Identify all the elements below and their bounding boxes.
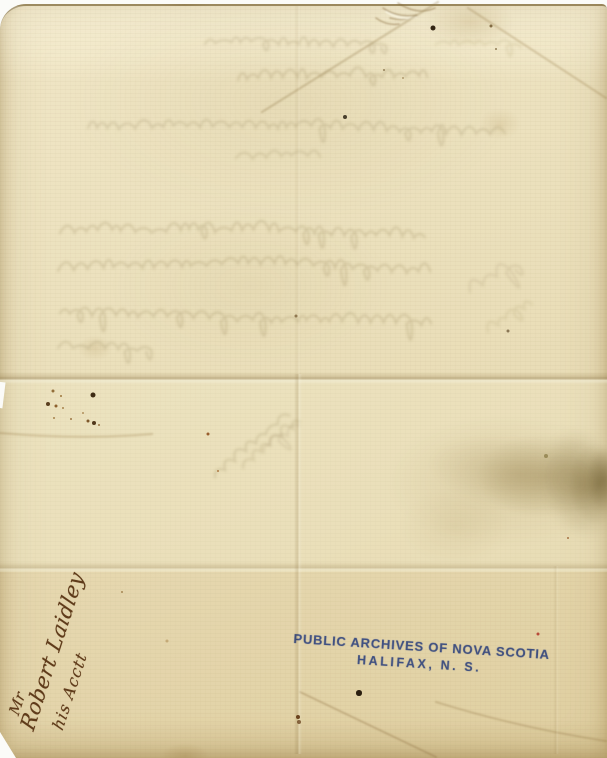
scan-background: { "stamp": { "line1": "PUBLIC ARCHIVES O… (0, 0, 607, 758)
fold-panel-middle (0, 380, 607, 572)
scanned-document: Mr Robert Laidley his Acctt PUBLIC ARCHI… (0, 0, 607, 758)
foxing-specks (0, 0, 2, 2)
